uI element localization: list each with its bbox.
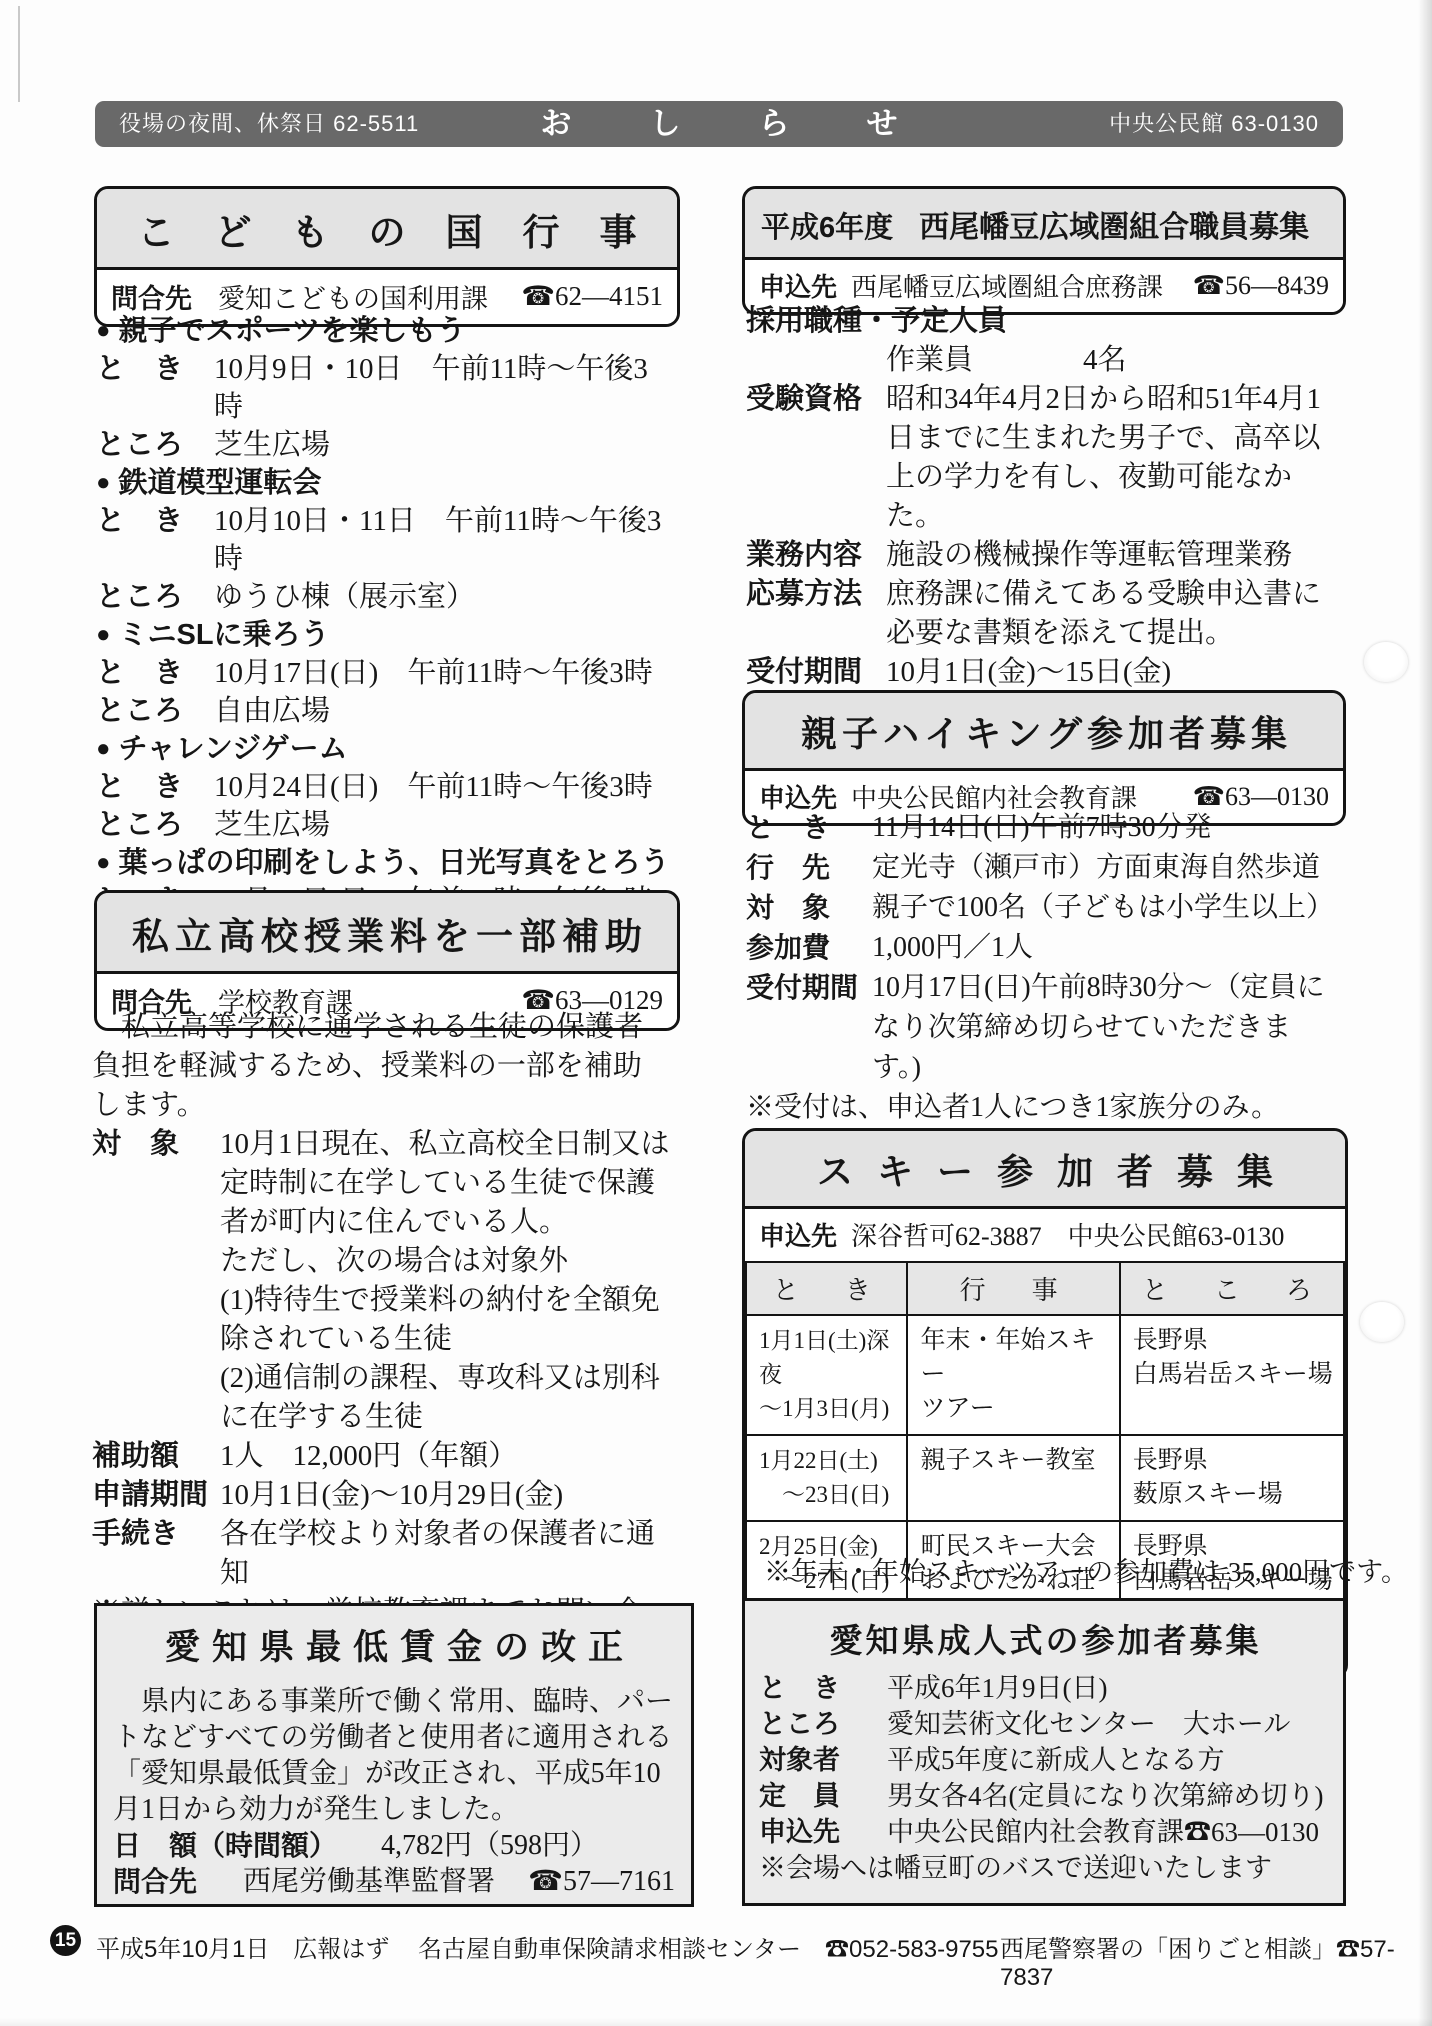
footnote: ※会場へは幡豆町のバスで送迎いたします xyxy=(745,1850,1343,1886)
row-label: 行 先 xyxy=(746,848,872,888)
row-label: と き xyxy=(746,808,872,848)
place-label: ところ xyxy=(96,692,214,730)
col-header-event: 行 事 xyxy=(907,1262,1119,1315)
hiking-body: と き11月14日(日)午前7時30分発 行 先定光寺（瀬戸市）方面東海自然歩道… xyxy=(746,808,1338,1128)
page-footer: 15 平成5年10月1日 広報はず 名古屋自動車保険請求相談センター ☎052-… xyxy=(0,1922,1432,1966)
place-label: ところ xyxy=(96,578,214,616)
row-text: 10月1日(金)〜15日(金) xyxy=(886,653,1338,692)
event-name: 親子でスポーツを楽しもう xyxy=(119,315,466,347)
section-title: 私立高校授業料を一部補助 xyxy=(97,893,677,974)
bullet-icon: ● xyxy=(96,317,111,344)
col-header-place: と こ ろ xyxy=(1120,1262,1344,1315)
row-label: 受付期間 xyxy=(746,968,872,1008)
row-text: 昭和34年4月2日から昭和51年4月1日までに生まれた男子で、高卒以上の学力を有… xyxy=(886,380,1338,536)
table-header-row: と き 行 事 と こ ろ xyxy=(746,1262,1344,1315)
bullet-icon: ● xyxy=(96,621,111,648)
cell-date: 1月1日(土)深夜 〜1月3日(月) xyxy=(746,1315,907,1435)
contact-name: 愛知こどもの国利用課 xyxy=(218,277,488,316)
row-text: (1)特待生で授業料の納付を全額免除されている生徒 xyxy=(220,1281,670,1359)
row-text: 10月1日(金)〜10月29日(金) xyxy=(220,1476,670,1515)
row-label: と き xyxy=(759,1670,887,1706)
section-seijin: 愛知県成人式の参加者募集 と き平成6年1月9日(日) ところ愛知芸術文化センタ… xyxy=(742,1598,1346,1906)
event-name: ミニSLに乗ろう xyxy=(119,619,330,651)
row-text: 11月14日(日)午前7時30分発 xyxy=(872,808,1338,848)
contact-name: 西尾労働基準監督署 xyxy=(243,1864,495,1900)
row-label: 参加費 xyxy=(746,928,872,968)
event-date: 10月10日・11日 午前11時〜午後3時 xyxy=(214,502,672,578)
row-label: 受験資格 xyxy=(746,380,886,419)
cell-event: 親子スキー教室 xyxy=(907,1435,1119,1521)
contact-label: 申込先 xyxy=(759,267,837,304)
date-label: と き xyxy=(96,654,214,692)
place-label: ところ xyxy=(96,806,214,844)
date-label: と き xyxy=(96,768,214,806)
row-text: 男女各4名(定員になり次第締め切り) xyxy=(887,1778,1329,1814)
cell-event: 年末・年始スキー ツアー xyxy=(907,1315,1119,1435)
tuition-subsidy-body: 私立高等学校に通学される生徒の保護者負担を軽減するため、授業料の一部を補助します… xyxy=(92,1008,670,1671)
event-place: ゆうひ棟（展示室） xyxy=(214,578,672,616)
section-title: 愛知県成人式の参加者募集 xyxy=(745,1601,1343,1670)
row-label: 申込先 xyxy=(759,1814,887,1850)
event-place: 自由広場 xyxy=(214,692,672,730)
table-row: 1月1日(土)深夜 〜1月3日(月) 年末・年始スキー ツアー 長野県 白馬岩岳… xyxy=(746,1315,1344,1435)
contact-phone: ☎62—4151 xyxy=(521,281,663,312)
row-text: 施設の機械操作等運転管理業務 xyxy=(886,536,1338,575)
event-name: 葉っぱの印刷をしよう、日光写真をとろう xyxy=(119,847,670,879)
header-right-phone: 中央公民館 63-0130 xyxy=(1109,101,1319,147)
position-name: 作業員 xyxy=(886,341,973,380)
hole-punch xyxy=(1364,642,1408,682)
footnote: ※受付は、申込者1人につき1家族分のみ。 xyxy=(746,1088,1338,1128)
section-kodomo-events: こどもの国行事 問合先 愛知こどもの国利用課 ☎62—4151 xyxy=(94,186,680,327)
notice-header-bar: 役場の夜間、休祭日 62-5511 おしらせ 中央公民館 63-0130 xyxy=(95,101,1343,147)
col-header-date: と き xyxy=(746,1262,907,1315)
section-minimum-wage: 愛知県最低賃金の改正 県内にある事業所で働く常用、臨時、パートなどすべての労働者… xyxy=(94,1603,694,1907)
contact-phone: ☎57—7161 xyxy=(528,1864,675,1900)
scan-artifact-line xyxy=(18,6,20,102)
amount-value: 4,782円（598円） xyxy=(381,1828,675,1864)
footer-edition: 平成5年10月1日 広報はず xyxy=(96,1929,389,1964)
kodomo-event-list: ●親子でスポーツを楽しもう と き10月9日・10日 午前11時〜午後3時 とこ… xyxy=(96,312,672,958)
amount-label: 日 額（時間額） xyxy=(113,1828,337,1864)
intro-paragraph: 私立高等学校に通学される生徒の保護者負担を軽減するため、授業料の一部を補助します… xyxy=(92,1008,670,1125)
position-headcount: 4名 xyxy=(1083,341,1127,380)
position-header: 採用職種・予定人員 xyxy=(746,302,1338,341)
section-title: 愛知県最低賃金の改正 xyxy=(97,1606,691,1678)
contact-label: 問合先 xyxy=(113,1864,243,1900)
contact-label: 問合先 xyxy=(111,277,192,316)
row-text: 庶務課に備えてある受験申込書に必要な書類を添えて提出。 xyxy=(886,575,1338,653)
row-text: 1,000円／1人 xyxy=(872,928,1338,968)
row-text: ただし、次の場合は対象外 xyxy=(220,1242,670,1281)
section-ski: スキー参加者募集 申込先 深谷哲可62-3887 中央公民館63-0130 と … xyxy=(742,1128,1348,1679)
event-name: チャレンジゲーム xyxy=(119,733,348,765)
place-label: ところ xyxy=(96,426,214,464)
event-name: 鉄道模型運転会 xyxy=(119,467,322,499)
row-text: (2)通信制の課程、専攻科又は別科に在学する生徒 xyxy=(220,1359,670,1437)
section-hiking: 親子ハイキング参加者募集 申込先 中央公民館内社会教育課 ☎63—0130 xyxy=(742,690,1346,826)
scan-edge-shade xyxy=(1418,0,1432,2026)
date-label: と き xyxy=(96,350,214,388)
fiscal-year: 平成6年度 xyxy=(761,205,893,246)
row-text: 1人 12,000円（年額） xyxy=(220,1437,670,1476)
contact-name: 西尾幡豆広域圏組合庶務課 xyxy=(851,267,1163,304)
ski-footnote: ※年末・年始スキーツアーの参加費は 35,000円です。 xyxy=(764,1550,1408,1589)
list-item: ●ミニSLに乗ろう と き10月17日(日) 午前11時〜午後3時 ところ自由広… xyxy=(96,616,672,730)
contact-phone: ☎56—8439 xyxy=(1193,271,1329,301)
footer-insurance-contact: 名古屋自動車保険請求相談センター ☎052-583-9755 xyxy=(418,1929,999,1964)
body-paragraph: 県内にある事業所で働く常用、臨時、パートなどすべての労働者と使用者に適用される「… xyxy=(97,1678,691,1828)
contact-phone: ☎63—0130 xyxy=(1193,782,1329,812)
section-title: 平成6年度 西尾幡豆広域圏組合職員募集 xyxy=(745,189,1343,260)
row-label: 応募方法 xyxy=(746,575,886,614)
row-text: 愛知芸術文化センター 大ホール xyxy=(887,1706,1329,1742)
event-place: 芝生広場 xyxy=(214,426,672,464)
row-text: 親子で100名（子どもは小学生以上） xyxy=(872,888,1338,928)
event-place: 芝生広場 xyxy=(214,806,672,844)
row-label: 対 象 xyxy=(92,1125,220,1164)
event-date: 10月17日(日) 午前11時〜午後3時 xyxy=(214,654,672,692)
contact-name: 深谷哲可62-3887 中央公民館63-0130 xyxy=(851,1216,1284,1253)
date-label: と き xyxy=(96,502,214,540)
section-title: こどもの国行事 xyxy=(97,189,677,270)
section-kouiki-recruitment: 平成6年度 西尾幡豆広域圏組合職員募集 申込先 西尾幡豆広域圏組合庶務課 ☎56… xyxy=(742,186,1346,315)
bullet-icon: ● xyxy=(96,735,111,762)
cell-date: 1月22日(土) 〜23日(日) xyxy=(746,1435,907,1521)
row-text: 各在学校より対象者の保護者に通知 xyxy=(220,1515,670,1593)
contact-row: 申込先 深谷哲可62-3887 中央公民館63-0130 xyxy=(745,1209,1345,1261)
row-label: 対象者 xyxy=(759,1742,887,1778)
cell-place: 長野県 白馬岩岳スキー場 xyxy=(1120,1315,1344,1435)
row-label: 業務内容 xyxy=(746,536,886,575)
section-title: スキー参加者募集 xyxy=(745,1131,1345,1209)
row-label: 申請期間 xyxy=(92,1476,220,1515)
list-item: ●チャレンジゲーム と き10月24日(日) 午前11時〜午後3時 ところ芝生広… xyxy=(96,730,672,844)
row-label: 受付期間 xyxy=(746,653,886,692)
event-date: 10月24日(日) 午前11時〜午後3時 xyxy=(214,768,672,806)
row-label: 対 象 xyxy=(746,888,872,928)
table-row: 1月22日(土) 〜23日(日) 親子スキー教室 長野県 薮原スキー場 xyxy=(746,1435,1344,1521)
hole-punch xyxy=(1360,1302,1404,1342)
list-item: ●鉄道模型運転会 と き10月10日・11日 午前11時〜午後3時 ところゆうひ… xyxy=(96,464,672,616)
event-date: 10月9日・10日 午前11時〜午後3時 xyxy=(214,350,672,426)
row-label: ところ xyxy=(759,1706,887,1742)
title-text: 西尾幡豆広域圏組合職員募集 xyxy=(919,202,1309,246)
footer-police-contact: 西尾警察署の「困りごと相談」☎57-7837 xyxy=(1000,1929,1432,1992)
bullet-icon: ● xyxy=(96,469,111,496)
contact-label: 申込先 xyxy=(759,1216,837,1253)
section-title: 親子ハイキング参加者募集 xyxy=(745,693,1343,771)
list-item: ●親子でスポーツを楽しもう と き10月9日・10日 午前11時〜午後3時 とこ… xyxy=(96,312,672,464)
row-label: 補助額 xyxy=(92,1437,220,1476)
scan-bottom-shade xyxy=(0,2018,1432,2026)
row-text: 10月17日(日)午前8時30分〜（定員になり次第締め切らせていただきます。) xyxy=(872,968,1338,1088)
newsletter-page: 役場の夜間、休祭日 62-5511 おしらせ 中央公民館 63-0130 こども… xyxy=(0,0,1432,2026)
row-label: 手続き xyxy=(92,1515,220,1554)
row-text: 平成5年度に新成人となる方 xyxy=(887,1742,1329,1778)
row-label: 定 員 xyxy=(759,1778,887,1814)
row-text: 中央公民館内社会教育課☎63—0130 xyxy=(887,1814,1329,1850)
row-text: 10月1日現在、私立高校全日制又は定時制に在学している生徒で保護者が町内に住んで… xyxy=(220,1125,670,1242)
row-text: 定光寺（瀬戸市）方面東海自然歩道 xyxy=(872,848,1338,888)
bullet-icon: ● xyxy=(96,849,111,876)
row-text: 平成6年1月9日(日) xyxy=(887,1670,1329,1706)
kouiki-body: 採用職種・予定人員 作業員 4名 受験資格昭和34年4月2日から昭和51年4月1… xyxy=(746,302,1338,735)
page-number-badge: 15 xyxy=(50,1925,81,1956)
cell-place: 長野県 薮原スキー場 xyxy=(1120,1435,1344,1521)
